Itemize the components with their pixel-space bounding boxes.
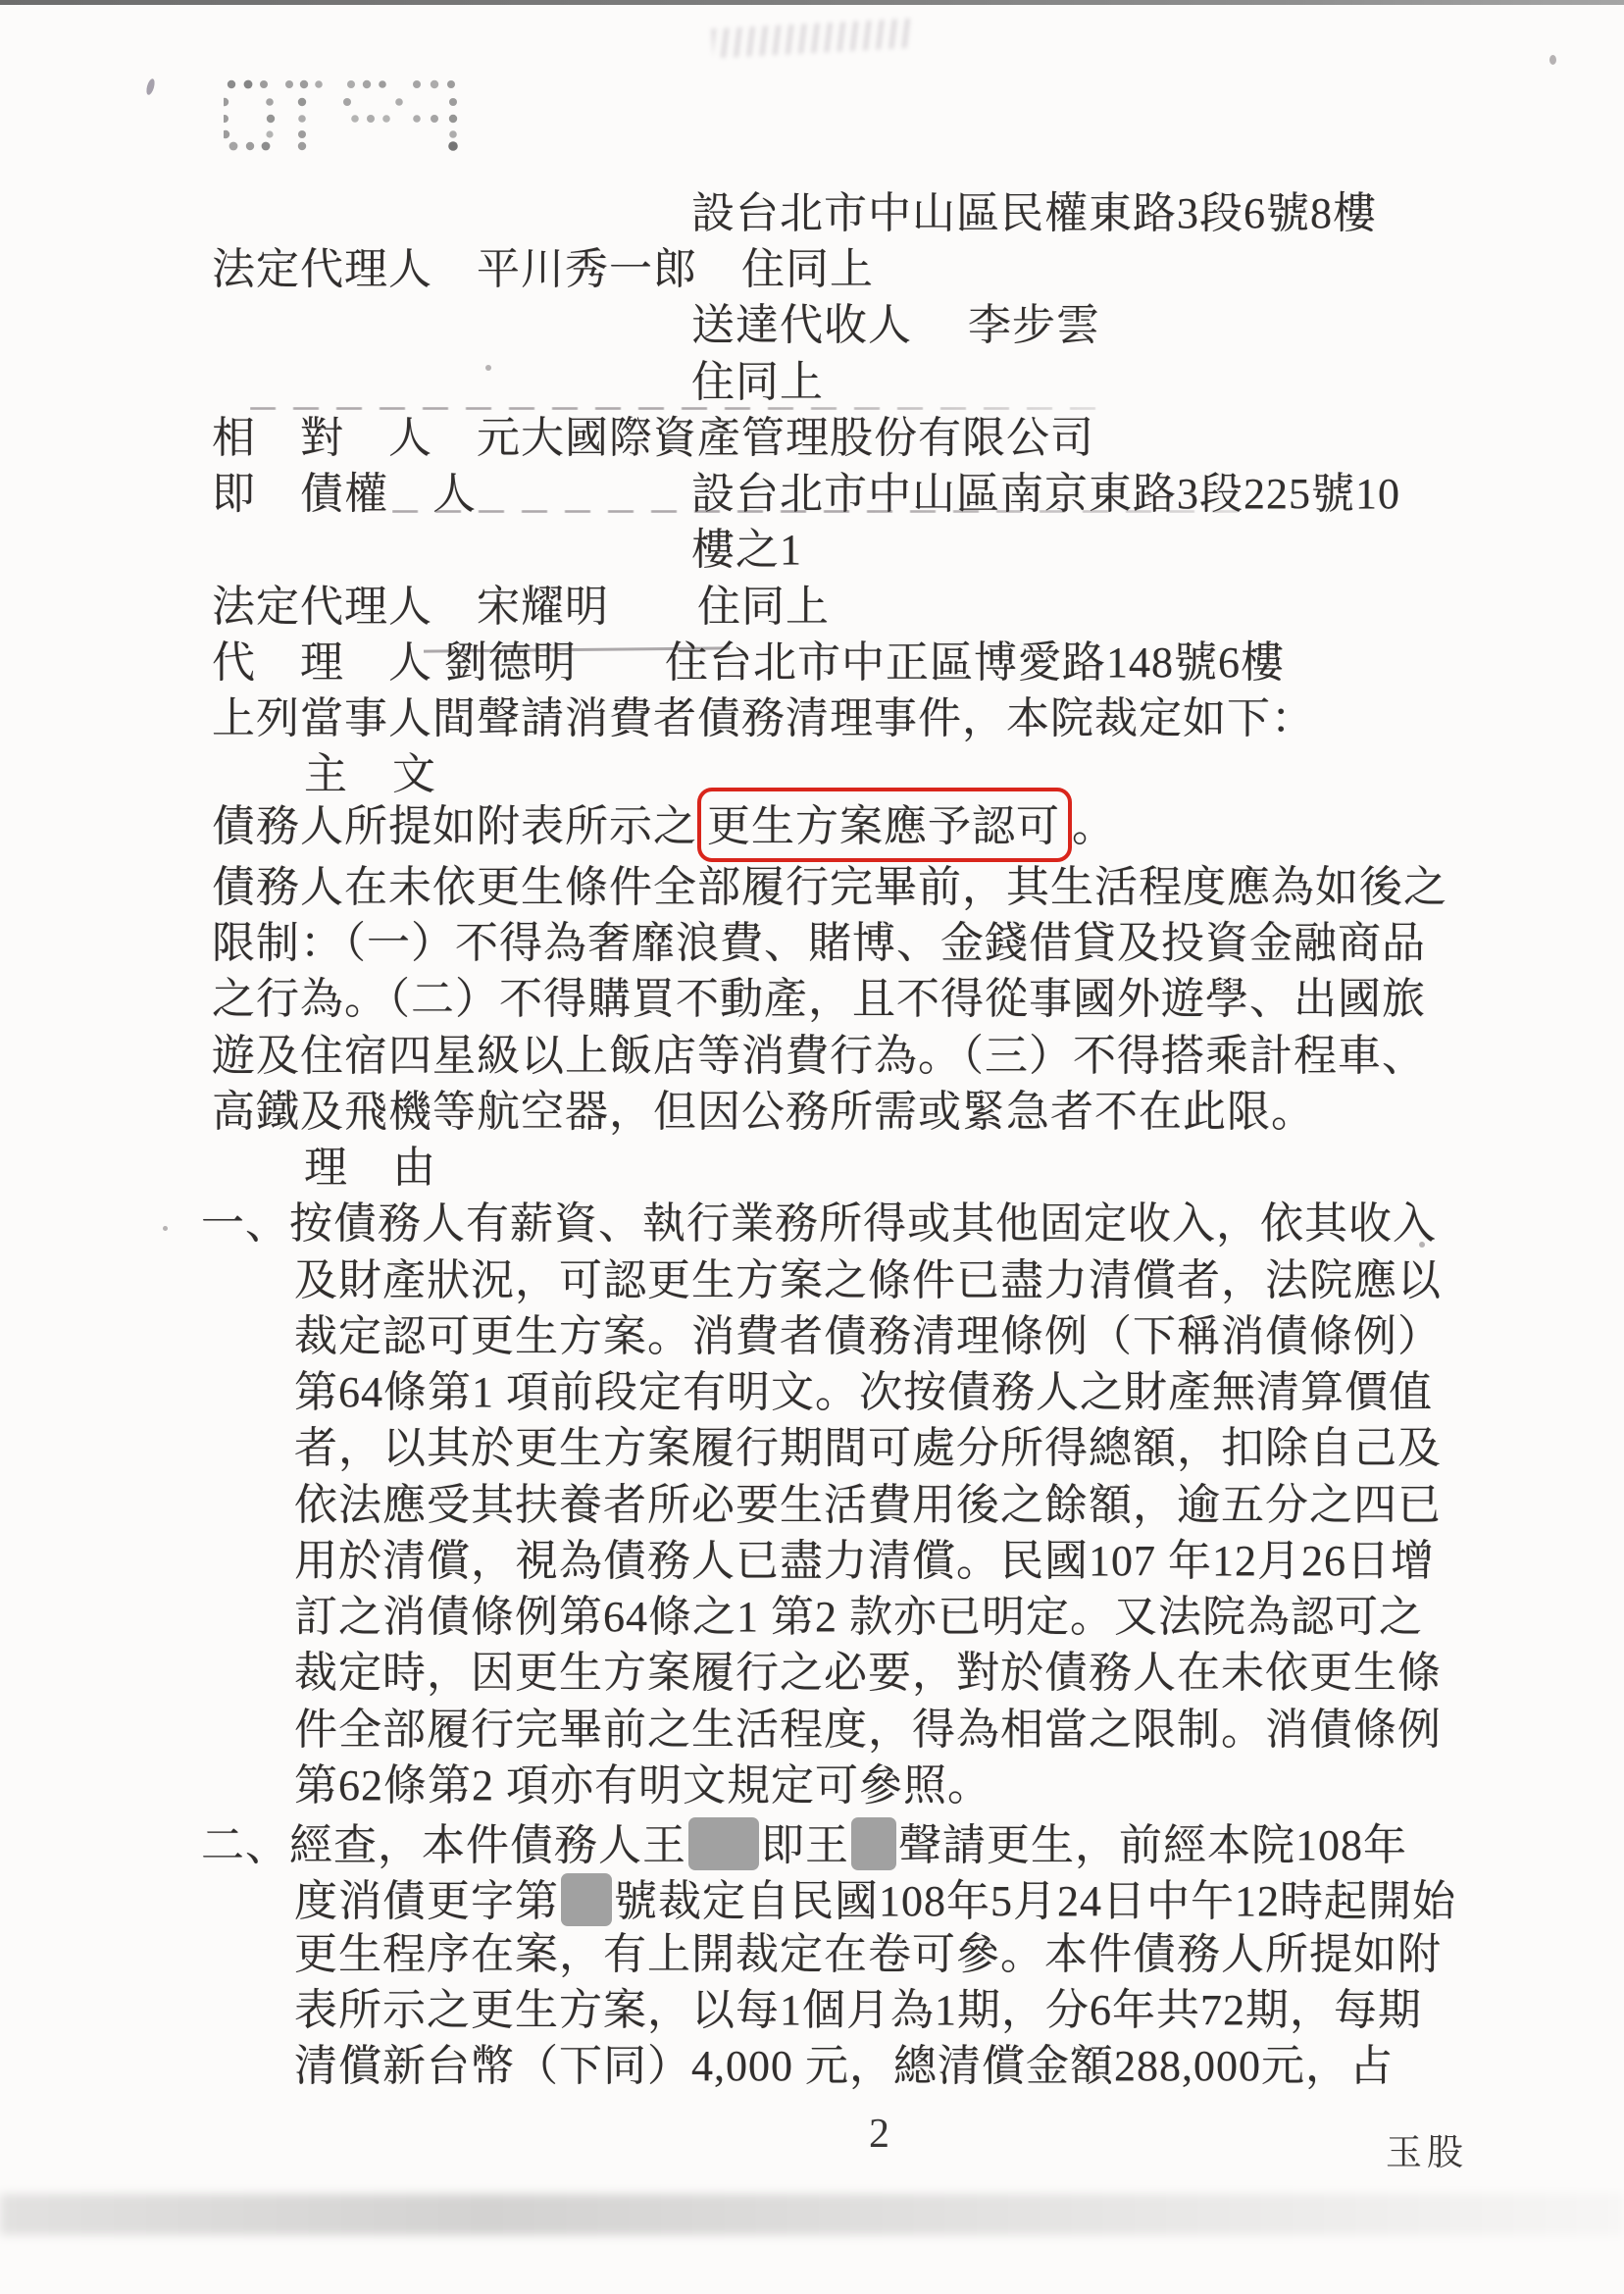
text-line: 二、經查，本件債務人王即王聲請更生，前經本院108年 xyxy=(201,1817,1407,1870)
text-run: 即 債權 人 xyxy=(212,470,477,518)
text-line: 即 債權 人 xyxy=(212,470,477,519)
text-line: 債務人在未依更生條件全部履行完畢前，其生活程度應為如後之 xyxy=(212,863,1447,912)
text-run: 二、經查，本件債務人王 xyxy=(201,1821,686,1869)
text-line: 第64條第1 項前段定有明文。次按債務人之財產無清算價值 xyxy=(294,1368,1433,1417)
text-line: 高鐵及飛機等航空器，但因公務所需或緊急者不在此限。 xyxy=(212,1088,1315,1137)
text-run: 度消債更字第 xyxy=(294,1877,559,1925)
redaction-box xyxy=(851,1817,896,1870)
scan-speck xyxy=(485,365,491,371)
text-run: 裁定認可更生方案。消費者債務清理條例（下稱消債條例） xyxy=(294,1312,1442,1360)
text-line: 限制：（一）不得為奢靡浪費、賭博、金錢借貸及投資金融商品 xyxy=(212,919,1426,968)
text-run: 樓之1 xyxy=(691,526,802,574)
text-line: 用於清償，視為債務人已盡力清償。民國107 年12月26日增 xyxy=(294,1537,1435,1586)
redaction-box xyxy=(688,1817,759,1870)
text-line: 代 理 人 劉德明 住台北市中正區博愛路148號6樓 xyxy=(212,638,1285,688)
text-line: 清償新台幣（下同）4,000 元，總清償金額288,000元，占 xyxy=(294,2042,1394,2091)
text-line: 法定代理人 平川秀一郎 住同上 xyxy=(212,245,874,294)
text-line: 訂之消債條例第64條之1 第2 款亦已明定。又法院為認可之 xyxy=(294,1593,1423,1642)
text-run: 上列當事人間聲請消費者債務清理事件，本院裁定如下： xyxy=(212,694,1315,742)
text-run: 限制：（一）不得為奢靡浪費、賭博、金錢借貸及投資金融商品 xyxy=(212,919,1426,967)
text-line: 一、按債務人有薪資、執行業務所得或其他固定收入，依其收入 xyxy=(201,1199,1437,1249)
text-run: 一、按債務人有薪資、執行業務所得或其他固定收入，依其收入 xyxy=(201,1199,1437,1248)
text-run: 訂之消債條例第64條之1 第2 款亦已明定。又法院為認可之 xyxy=(294,1593,1423,1641)
text-line: 裁定時，因更生方案履行之必要，對於債務人在未依更生條 xyxy=(294,1649,1442,1698)
text-run: 高鐵及飛機等航空器，但因公務所需或緊急者不在此限。 xyxy=(212,1088,1315,1136)
text-run: 第62條第2 項亦有明文規定可參照。 xyxy=(294,1761,991,1810)
text-run: 設台北市中山區南京東路3段225號10 xyxy=(691,470,1400,518)
dot-matrix-stamp-icon xyxy=(224,78,488,153)
text-run: 第64條第1 項前段定有明文。次按債務人之財產無清算價值 xyxy=(294,1368,1433,1416)
text-line: 件全部履行完畢前之生活程度，得為相當之限制。消債條例 xyxy=(294,1706,1442,1755)
text-run: 債務人所提如附表所示之 xyxy=(212,802,697,850)
stray-mark xyxy=(145,77,156,95)
red-approval-box: 更生方案應予認可 xyxy=(697,788,1072,862)
text-line: 債務人所提如附表所示之更生方案應予認可。 xyxy=(212,802,1116,851)
text-run: 送達代收人 李步雲 xyxy=(691,301,1100,349)
text-run: 之行為。（二）不得購買不動產，且不得從事國外遊學、出國旅 xyxy=(212,975,1426,1023)
scan-speck xyxy=(1549,55,1556,65)
text-line: 遊及住宿四星級以上飯店等消費行為。（三）不得搭乘計程車、 xyxy=(212,1032,1426,1081)
text-run: 債務人在未依更生條件全部履行完畢前，其生活程度應為如後之 xyxy=(212,863,1447,911)
text-run: 表所示之更生方案，以每1個月為1期，分6年共72期，每期 xyxy=(294,1986,1422,2034)
text-run: 清償新台幣（下同）4,000 元，總清償金額288,000元，占 xyxy=(294,2042,1394,2090)
text-run: 理 由 xyxy=(304,1144,436,1192)
text-run: 代 理 人 劉德明 住台北市中正區博愛路148號6樓 xyxy=(212,638,1285,687)
text-run: 用於清償，視為債務人已盡力清償。民國107 年12月26日增 xyxy=(294,1537,1435,1585)
text-run: 相 對 人 元大國際資產管理股份有限公司 xyxy=(212,414,1094,462)
text-run: 主 文 xyxy=(304,750,436,798)
redaction-box xyxy=(561,1873,612,1926)
text-run: 號裁定自民國108年5月24日中午12時起開始 xyxy=(614,1877,1456,1925)
text-line: 上列當事人間聲請消費者債務清理事件，本院裁定如下： xyxy=(212,694,1315,743)
scanner-shadow-band xyxy=(0,2194,1624,2235)
text-run: 遊及住宿四星級以上飯店等消費行為。（三）不得搭乘計程車、 xyxy=(212,1032,1426,1080)
scan-edge-artifact xyxy=(0,0,1624,5)
scan-line-artifact xyxy=(250,407,1103,410)
text-line: 度消債更字第號裁定自民國108年5月24日中午12時起開始 xyxy=(294,1873,1456,1926)
text-run: 者，以其於更生方案履行期間可處分所得總額，扣除自己及 xyxy=(294,1424,1442,1472)
scan-speck xyxy=(163,1226,168,1231)
text-run: 法定代理人 平川秀一郎 住同上 xyxy=(212,245,874,293)
text-line: 法定代理人 宋耀明 住同上 xyxy=(212,583,830,632)
text-line: 送達代收人 李步雲 xyxy=(691,301,1100,350)
faint-ink-smudge xyxy=(711,19,913,59)
text-line: 樓之1 xyxy=(691,526,802,575)
text-line: 主 文 xyxy=(304,750,436,799)
text-run: 住同上 xyxy=(691,358,824,406)
page-number: 2 xyxy=(869,2111,890,2158)
text-line: 表所示之更生方案，以每1個月為1期，分6年共72期，每期 xyxy=(294,1986,1422,2035)
text-run: 更生程序在案，有上開裁定在卷可參。本件債務人所提如附 xyxy=(294,1930,1442,1978)
text-line: 更生程序在案，有上開裁定在卷可參。本件債務人所提如附 xyxy=(294,1930,1442,1979)
text-line: 及財產狀況，可認更生方案之條件已盡力清償者，法院應以 xyxy=(294,1256,1442,1305)
clerk-label: 玉股 xyxy=(1386,2122,1468,2175)
text-line: 之行為。（二）不得購買不動產，且不得從事國外遊學、出國旅 xyxy=(212,975,1426,1024)
text-run: 及財產狀況，可認更生方案之條件已盡力清償者，法院應以 xyxy=(294,1256,1442,1304)
text-run: 設台北市中山區民權東路3段6號8樓 xyxy=(691,189,1377,237)
text-line: 者，以其於更生方案履行期間可處分所得總額，扣除自己及 xyxy=(294,1424,1442,1473)
text-line: 設台北市中山區民權東路3段6號8樓 xyxy=(691,189,1377,238)
text-run: 。 xyxy=(1072,802,1116,850)
text-run: 即王 xyxy=(761,1821,849,1869)
text-run: 法定代理人 宋耀明 住同上 xyxy=(212,583,830,631)
text-line: 設台北市中山區南京東路3段225號10 xyxy=(691,470,1400,519)
text-line: 第62條第2 項亦有明文規定可參照。 xyxy=(294,1761,991,1810)
text-line: 裁定認可更生方案。消費者債務清理條例（下稱消債條例） xyxy=(294,1312,1442,1361)
text-run: 裁定時，因更生方案履行之必要，對於債務人在未依更生條 xyxy=(294,1649,1442,1697)
text-run: 聲請更生，前經本院108年 xyxy=(898,1821,1407,1869)
text-line: 相 對 人 元大國際資產管理股份有限公司 xyxy=(212,414,1094,463)
text-line: 理 由 xyxy=(304,1144,436,1193)
text-run: 件全部履行完畢前之生活程度，得為相當之限制。消債條例 xyxy=(294,1706,1442,1754)
text-line: 依法應受其扶養者所必要生活費用後之餘額，逾五分之四已 xyxy=(294,1481,1442,1530)
scanned-court-document-page: 設台北市中山區民權東路3段6號8樓法定代理人 平川秀一郎 住同上送達代收人 李步… xyxy=(0,0,1624,2294)
text-run: 依法應受其扶養者所必要生活費用後之餘額，逾五分之四已 xyxy=(294,1481,1442,1529)
text-line: 住同上 xyxy=(691,358,824,407)
